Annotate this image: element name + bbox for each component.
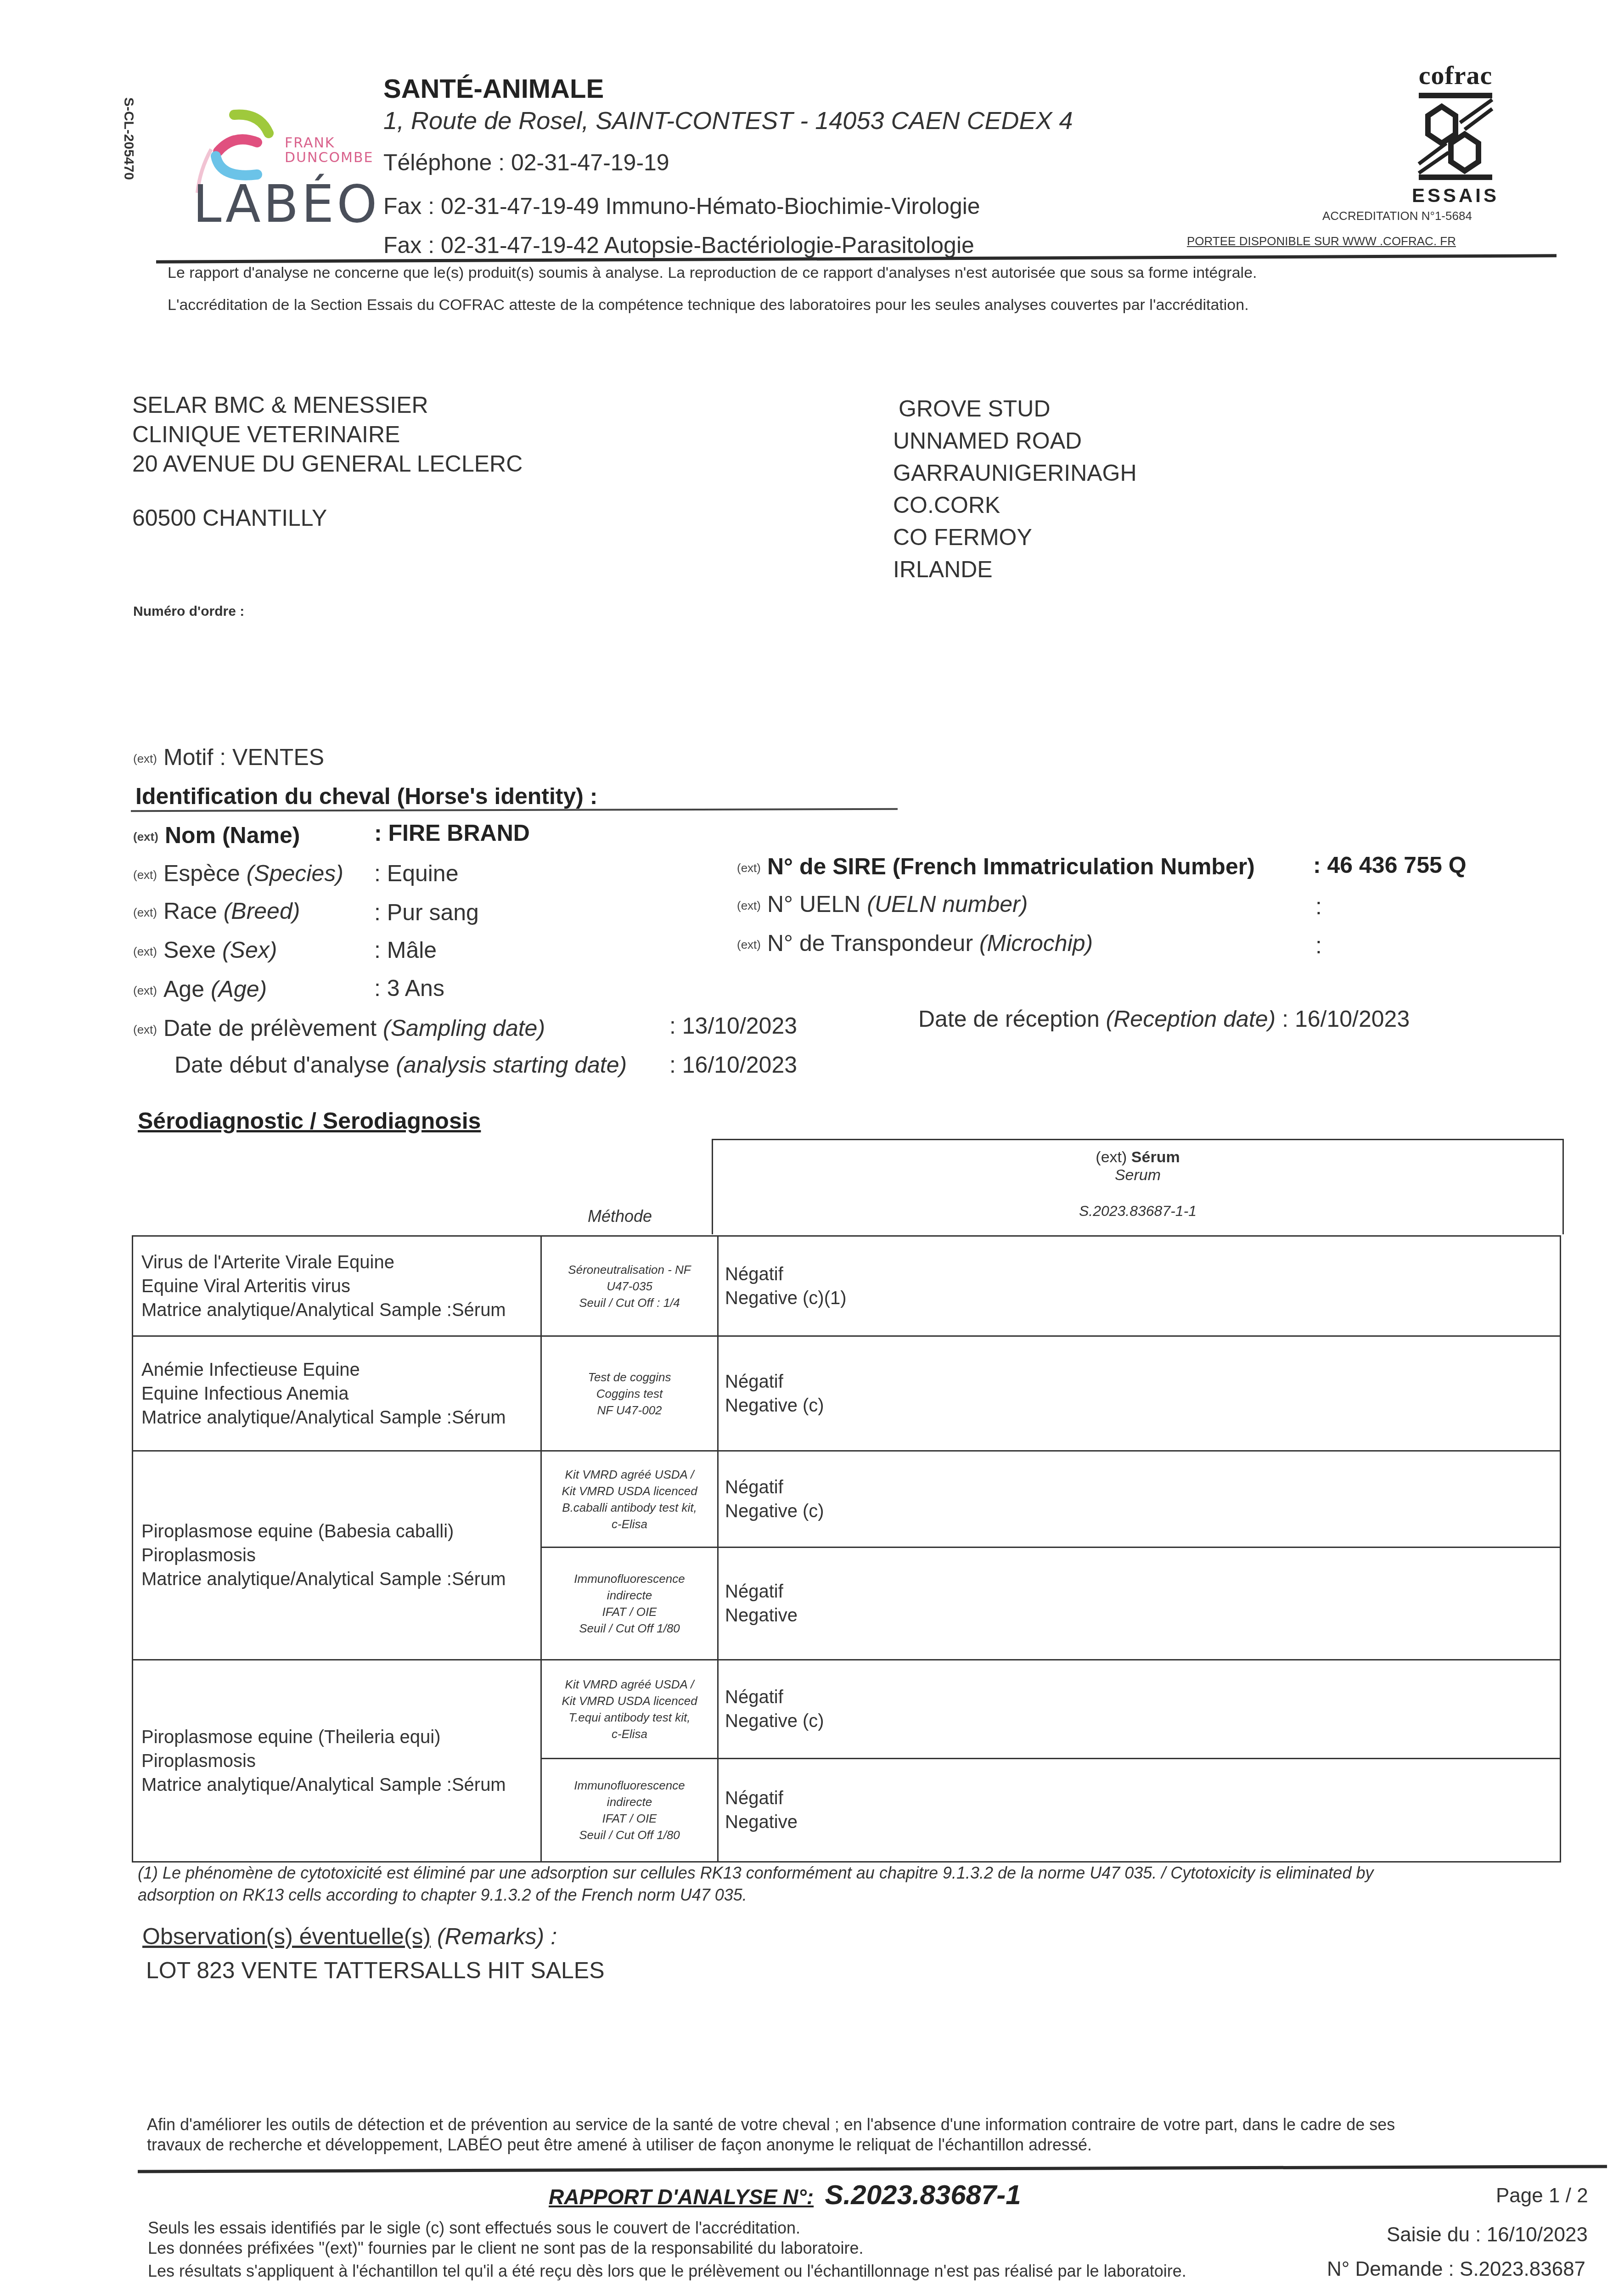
result-fr: Négatif	[725, 1475, 1553, 1499]
analyte-cell: Virus de l'Arterite Virale EquineEquine …	[133, 1236, 541, 1336]
footnote: (1) Le phénomène de cytotoxicité est éli…	[138, 1862, 1575, 1906]
owner-line: GARRAUNIGERINAGH	[893, 457, 1137, 489]
age-label-en: (Age)	[211, 976, 267, 1002]
analysis-start-label-en: (analysis starting date)	[396, 1052, 627, 1078]
footer-notes: Seuls les essais identifiés par le sigle…	[148, 2218, 1186, 2281]
species-label-en: (Species)	[247, 861, 343, 886]
owner-line: IRLANDE	[893, 553, 1137, 585]
ext-tag: (ext)	[737, 861, 761, 875]
cofrac-logo: cofrac ESSAIS	[1405, 60, 1506, 197]
lab-fax-1: Fax : 02-31-47-19-49 Immuno-Hémato-Bioch…	[383, 193, 980, 219]
microchip-row: (ext)N° de Transpondeur (Microchip)	[737, 930, 1093, 957]
ext-tag: (ext)	[133, 830, 158, 844]
motif-label: Motif :	[163, 744, 226, 770]
report-number-value: S.2023.83687-1	[825, 2179, 1021, 2210]
analyte-cell: Piroplasmose equine (Babesia caballi)Pir…	[133, 1451, 541, 1660]
method-cell: ImmunofluorescenceindirecteIFAT / OIESeu…	[541, 1759, 718, 1862]
table-row: Piroplasmose equine (Theileria equi)Piro…	[133, 1660, 1561, 1759]
order-number-label: Numéro d'ordre :	[133, 604, 244, 619]
method-cell: ImmunofluorescenceindirecteIFAT / OIESeu…	[541, 1548, 718, 1660]
research-notice-line: travaux de recherche et développement, L…	[147, 2135, 1395, 2155]
analysis-start-row: Date début d'analyse (analysis starting …	[174, 1052, 627, 1078]
sire-row: (ext)N° de SIRE (French Immatriculation …	[737, 853, 1255, 880]
remarks-label: Observation(s) éventuelle(s) (Remarks) :	[142, 1923, 557, 1950]
owner-line: CO.CORK	[893, 489, 1137, 521]
reception-date-label-en: (Reception date)	[1106, 1006, 1276, 1032]
method-line: Seuil / Cut Off : 1/4	[545, 1294, 714, 1311]
analyte-line: Piroplasmose equine (Theileria equi)	[141, 1725, 532, 1749]
ext-tag: (ext)	[133, 868, 157, 882]
breed-label: Race	[163, 898, 217, 924]
page-indicator: Page 1 / 2	[1496, 2186, 1588, 2206]
sex-value: : Mâle	[374, 937, 437, 963]
analyte-cell: Piroplasmose equine (Theileria equi)Piro…	[133, 1660, 541, 1862]
method-line: Séroneutralisation - NF	[545, 1261, 714, 1278]
analysis-start-value: : 16/10/2023	[669, 1052, 797, 1078]
sex-label-en: (Sex)	[222, 937, 277, 963]
lab-phone: Téléphone : 02-31-47-19-19	[383, 149, 669, 176]
sampling-date-label: Date de prélèvement	[163, 1015, 376, 1041]
method-cell: Test de cogginsCoggins testNF U47-002	[541, 1336, 718, 1451]
method-line: Kit VMRD USDA licenced	[545, 1483, 714, 1499]
entry-date: Saisie du : 16/10/2023	[1387, 2225, 1588, 2245]
analysis-start-label: Date début d'analyse	[174, 1052, 389, 1078]
reception-date-row: Date de réception (Reception date) : 16/…	[918, 1006, 1410, 1032]
result-fr: Négatif	[725, 1580, 1553, 1604]
notice-reproduction: Le rapport d'analyse ne concerne que le(…	[168, 264, 1257, 282]
microchip-label: N° de Transpondeur	[767, 930, 973, 956]
recipient-line: CLINIQUE VETERINAIRE	[132, 420, 523, 449]
research-notice-line: Afin d'améliorer les outils de détection…	[147, 2115, 1395, 2135]
serodiagnosis-heading: Sérodiagnostic / Serodiagnosis	[138, 1108, 481, 1134]
sampling-date-value: : 13/10/2023	[669, 1013, 797, 1039]
logo-labeo: LABÉO	[193, 174, 380, 234]
ext-tag: (ext)	[133, 1023, 157, 1036]
sex-row: (ext)Sexe (Sex)	[133, 937, 277, 963]
sample-type: (ext) Sérum	[713, 1148, 1562, 1166]
lab-address: 1, Route de Rosel, SAINT-CONTEST - 14053…	[383, 107, 1073, 135]
footer-divider	[138, 2165, 1607, 2173]
ueln-label: N° UELN	[767, 891, 860, 917]
table-row: Virus de l'Arterite Virale EquineEquine …	[133, 1236, 1561, 1336]
ext-tag: (ext)	[133, 945, 157, 958]
cofrac-hexagon-icon	[1414, 90, 1497, 182]
sampling-date-label-en: (Sampling date)	[383, 1015, 545, 1041]
method-line: NF U47-002	[545, 1402, 714, 1418]
analyte-line: Piroplasmose equine (Babesia caballi)	[141, 1519, 532, 1543]
method-line: Coggins test	[545, 1385, 714, 1402]
side-reference-text: S-CL-205470	[121, 81, 136, 196]
analyte-line: Piroplasmosis	[141, 1749, 532, 1773]
method-line: IFAT / OIE	[545, 1810, 714, 1827]
breed-value: : Pur sang	[374, 899, 479, 926]
result-cell: NégatifNegative (c)	[718, 1336, 1561, 1451]
results-table: Virus de l'Arterite Virale EquineEquine …	[132, 1235, 1561, 1863]
ext-tag: (ext)	[737, 938, 761, 951]
method-line: indirecte	[545, 1794, 714, 1810]
horse-name-label: Nom (Name)	[165, 822, 300, 848]
analyte-line: Equine Viral Arteritis virus	[141, 1274, 532, 1298]
owner-line: GROVE STUD	[893, 393, 1137, 425]
ueln-label-en: (UELN number)	[867, 891, 1028, 917]
method-line: IFAT / OIE	[545, 1604, 714, 1620]
analyte-line: Virus de l'Arterite Virale Equine	[141, 1250, 532, 1274]
method-line: Immunofluorescence	[545, 1570, 714, 1587]
cofrac-essais: ESSAIS	[1405, 185, 1506, 207]
footer-note-line: Seuls les essais identifiés par le sigle…	[148, 2218, 1186, 2238]
logo-line1: FRANK	[285, 136, 373, 151]
ext-tag: (ext)	[1096, 1148, 1127, 1166]
sample-id: S.2023.83687-1-1	[713, 1203, 1562, 1220]
owner-line: CO FERMOY	[893, 521, 1137, 553]
method-line: B.caballi antibody test kit,	[545, 1499, 714, 1516]
analyte-line: Matrice analytique/Analytical Sample :Sé…	[141, 1298, 532, 1322]
method-line: Test de coggins	[545, 1369, 714, 1385]
recipient-address: SELAR BMC & MENESSIER CLINIQUE VETERINAI…	[132, 390, 523, 533]
method-line: U47-035	[545, 1278, 714, 1294]
footnote-line: (1) Le phénomène de cytotoxicité est éli…	[138, 1862, 1575, 1884]
result-cell: NégatifNegative	[718, 1759, 1561, 1862]
method-line: Kit VMRD agréé USDA /	[545, 1466, 714, 1483]
result-en: Negative (c)	[725, 1499, 1553, 1523]
method-line: Seuil / Cut Off 1/80	[545, 1827, 714, 1843]
analyte-line: Equine Infectious Anemia	[141, 1382, 532, 1406]
result-cell: NégatifNegative (c)	[718, 1451, 1561, 1548]
age-row: (ext)Age (Age)	[133, 976, 267, 1002]
analyte-line: Anémie Infectieuse Equine	[141, 1358, 532, 1382]
sampling-date-row: (ext)Date de prélèvement (Sampling date)	[133, 1015, 545, 1041]
method-line: Kit VMRD USDA licenced	[545, 1693, 714, 1709]
notice-accreditation: L'accréditation de la Section Essais du …	[168, 296, 1249, 314]
horse-name-value: : FIRE BRAND	[374, 820, 530, 846]
method-cell: Kit VMRD agréé USDA /Kit VMRD USDA licen…	[541, 1451, 718, 1548]
microchip-value: :	[1315, 932, 1322, 959]
footnote-line: adsorption on RK13 cells according to ch…	[138, 1884, 1575, 1906]
owner-line: UNNAMED ROAD	[893, 425, 1137, 457]
recipient-line: 60500 CHANTILLY	[132, 503, 523, 533]
age-label: Age	[163, 976, 204, 1002]
result-cell: NégatifNegative	[718, 1548, 1561, 1660]
method-line: Immunofluorescence	[545, 1777, 714, 1794]
table-row: Piroplasmose equine (Babesia caballi)Pir…	[133, 1451, 1561, 1548]
cofrac-word: cofrac	[1405, 60, 1506, 90]
analyte-line: Matrice analytique/Analytical Sample :Sé…	[141, 1773, 532, 1797]
identity-heading: Identification du cheval (Horse's identi…	[135, 783, 597, 810]
accreditation-number: ACCREDITATION N°1-5684	[1322, 209, 1472, 223]
analyte-line: Matrice analytique/Analytical Sample :Sé…	[141, 1567, 532, 1591]
cofrac-scope-link[interactable]: PORTEE DISPONIBLE SUR WWW .COFRAC. FR	[1187, 234, 1456, 248]
age-value: : 3 Ans	[374, 975, 444, 1002]
table-row: Anémie Infectieuse EquineEquine Infectio…	[133, 1336, 1561, 1451]
sire-label: N° de SIRE (French Immatriculation Numbe…	[767, 854, 1255, 879]
method-cell: Kit VMRD agréé USDA /Kit VMRD USDA licen…	[541, 1660, 718, 1759]
result-en: Negative	[725, 1604, 1553, 1627]
ext-tag: (ext)	[133, 984, 157, 997]
result-en: Negative	[725, 1810, 1553, 1834]
remarks-label-en: (Remarks) :	[431, 1924, 557, 1949]
result-en: Negative (c)	[725, 1394, 1553, 1418]
analyte-line: Piroplasmosis	[141, 1543, 532, 1567]
remarks-label-fr: Observation(s) éventuelle(s)	[142, 1924, 431, 1949]
result-cell: NégatifNegative (c)(1)	[718, 1236, 1561, 1336]
lab-title: SANTÉ-ANIMALE	[383, 73, 604, 104]
report-label: RAPPORT D'ANALYSE N°:	[549, 2185, 814, 2209]
reception-date-label: Date de réception	[918, 1006, 1100, 1032]
analyte-line: Matrice analytique/Analytical Sample :Sé…	[141, 1406, 532, 1429]
remarks-value: LOT 823 VENTE TATTERSALLS HIT SALES	[146, 1957, 605, 1984]
reception-date-value: : 16/10/2023	[1282, 1006, 1410, 1032]
sample-name-en: Serum	[713, 1166, 1562, 1184]
footer-note-line: Les données préfixées "(ext)" fournies p…	[148, 2238, 1186, 2258]
breed-label-en: (Breed)	[224, 898, 300, 924]
footer-note-line: Les résultats s'appliquent à l'échantill…	[148, 2261, 1186, 2281]
sex-label: Sexe	[163, 937, 216, 963]
result-en: Negative (c)(1)	[725, 1286, 1553, 1310]
ext-tag: (ext)	[133, 906, 157, 919]
sample-name: Sérum	[1131, 1148, 1180, 1166]
species-value: : Equine	[374, 860, 458, 887]
sample-column-header: (ext) Sérum Serum S.2023.83687-1-1	[712, 1139, 1564, 1234]
motif-row: (ext)Motif : VENTES	[133, 744, 324, 771]
owner-address: GROVE STUD UNNAMED ROAD GARRAUNIGERINAGH…	[893, 393, 1137, 585]
breed-row: (ext)Race (Breed)	[133, 898, 300, 924]
microchip-label-en: (Microchip)	[979, 930, 1093, 956]
method-line: indirecte	[545, 1587, 714, 1604]
species-row: (ext)Espèce (Species)	[133, 860, 343, 887]
lab-fax-2: Fax : 02-31-47-19-42 Autopsie-Bactériolo…	[383, 232, 974, 259]
research-notice: Afin d'améliorer les outils de détection…	[147, 2115, 1395, 2155]
logo-line2: DUNCOMBE	[285, 151, 373, 165]
side-reference: S-CL-205470	[108, 80, 149, 200]
report-number: RAPPORT D'ANALYSE N°: S.2023.83687-1	[549, 2179, 1021, 2211]
result-fr: Négatif	[725, 1370, 1553, 1394]
result-fr: Négatif	[725, 1262, 1553, 1286]
result-cell: NégatifNegative (c)	[718, 1660, 1561, 1759]
method-line: T.equi antibody test kit,	[545, 1709, 714, 1726]
horse-name-row: (ext)Nom (Name)	[133, 822, 300, 849]
recipient-line: 20 AVENUE DU GENERAL LECLERC	[132, 449, 523, 478]
result-en: Negative (c)	[725, 1709, 1553, 1733]
motif-value: VENTES	[232, 744, 324, 770]
method-line: Kit VMRD agréé USDA /	[545, 1676, 714, 1693]
ext-tag: (ext)	[737, 899, 761, 912]
method-column-header: Méthode	[588, 1207, 652, 1226]
method-cell: Séroneutralisation - NFU47-035Seuil / Cu…	[541, 1236, 718, 1336]
recipient-line: SELAR BMC & MENESSIER	[132, 390, 523, 420]
sire-value: : 46 436 755 Q	[1313, 852, 1467, 878]
ext-tag: (ext)	[133, 752, 157, 765]
species-label: Espèce	[163, 861, 240, 886]
request-number: N° Demande : S.2023.83687	[1327, 2259, 1585, 2279]
result-fr: Négatif	[725, 1786, 1553, 1810]
ueln-row: (ext)N° UELN (UELN number)	[737, 891, 1028, 917]
method-line: c-Elisa	[545, 1516, 714, 1532]
result-fr: Négatif	[725, 1685, 1553, 1709]
method-line: Seuil / Cut Off 1/80	[545, 1620, 714, 1637]
ueln-value: :	[1315, 893, 1322, 920]
analyte-cell: Anémie Infectieuse EquineEquine Infectio…	[133, 1336, 541, 1451]
logo-frank-duncombe: FRANKDUNCOMBE	[285, 136, 373, 165]
method-line: c-Elisa	[545, 1726, 714, 1742]
